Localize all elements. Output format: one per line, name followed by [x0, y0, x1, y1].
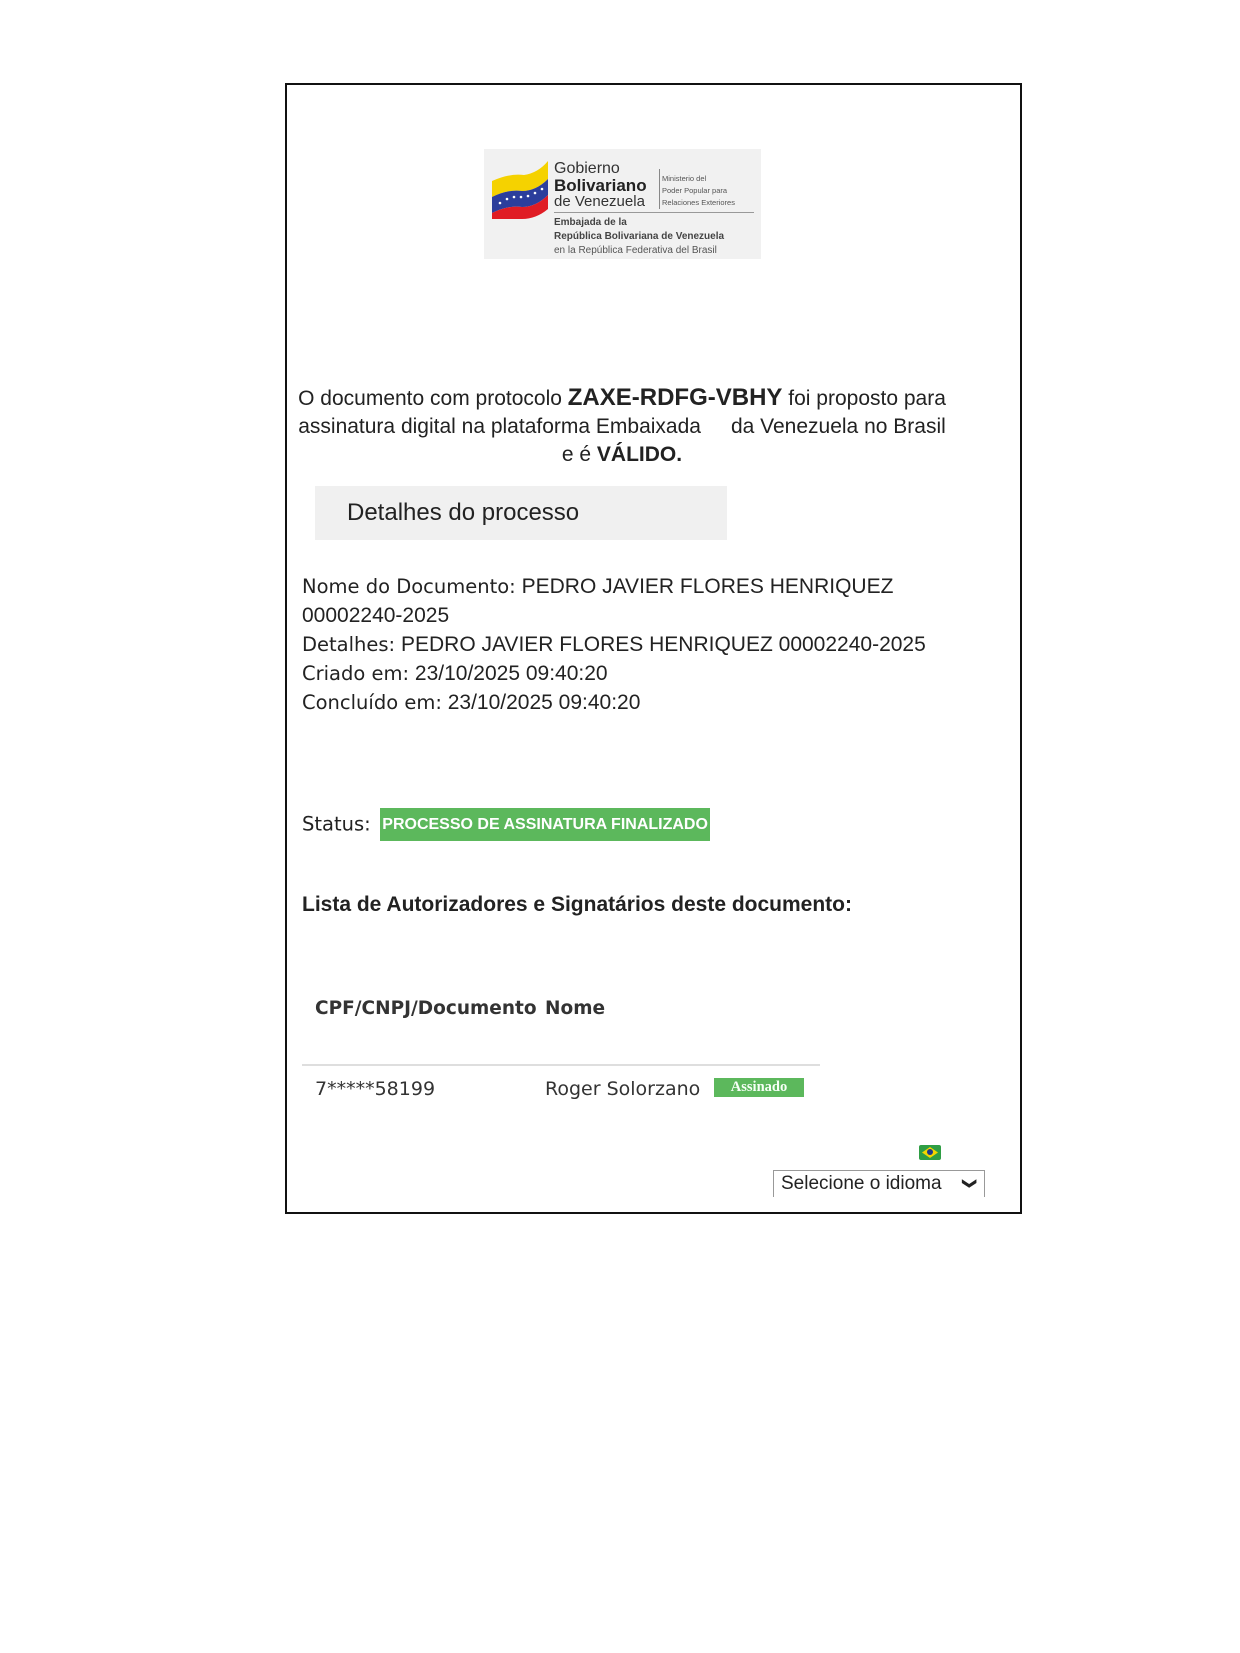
signer-document: 7*****58199	[315, 1078, 435, 1100]
logo-line-3: de Venezuela	[554, 194, 645, 209]
status-badge: PROCESSO DE ASSINATURA FINALIZADO	[380, 808, 710, 841]
section-header: Detalhes do processo	[315, 486, 727, 540]
document-name-row: Nome do Documento: PEDRO JAVIER FLORES H…	[302, 572, 942, 630]
logo-divider	[659, 169, 660, 209]
created-row: Criado em: 23/10/2025 09:40:20	[302, 659, 942, 688]
table-divider	[302, 1064, 820, 1066]
details-row: Detalhes: PEDRO JAVIER FLORES HENRIQUEZ …	[302, 630, 942, 659]
language-select[interactable]: Selecione o idioma ❯	[773, 1170, 985, 1197]
logo-embassy-2: República Bolivariana de Venezuela	[554, 231, 724, 242]
venezuela-flag-icon	[490, 159, 550, 219]
brazil-flag-icon[interactable]	[919, 1145, 941, 1160]
logo-embassy-3: en la República Federativa del Brasil	[554, 245, 717, 256]
column-header-document: CPF/CNPJ/Documento	[315, 998, 537, 1019]
validity-status: VÁLIDO.	[597, 443, 682, 466]
embassy-logo: Gobierno Bolivariano de Venezuela Minist…	[484, 149, 761, 259]
status-label: Status:	[302, 813, 371, 836]
logo-divider	[554, 212, 754, 213]
logo-embassy-1: Embajada de la	[554, 217, 627, 228]
validation-message: O documento com protocolo ZAXE-RDFG-VBHY…	[297, 384, 947, 469]
logo-ministry: Ministerio del Poder Popular para Relaci…	[662, 173, 735, 209]
validation-document-frame: Gobierno Bolivariano de Venezuela Minist…	[285, 83, 1022, 1214]
completed-row: Concluído em: 23/10/2025 09:40:20	[302, 688, 942, 717]
logo-line-1: Gobierno	[554, 161, 620, 177]
section-title: Detalhes do processo	[347, 499, 579, 527]
status-row: Status: PROCESSO DE ASSINATURA FINALIZAD…	[302, 808, 710, 841]
logo-line-2: Bolivariano	[554, 177, 647, 194]
signers-title: Lista de Autorizadores e Signatários des…	[302, 893, 852, 917]
signer-name: Roger Solorzano	[545, 1078, 700, 1100]
protocol-code: ZAXE-RDFG-VBHY	[568, 384, 783, 411]
process-details: Nome do Documento: PEDRO JAVIER FLORES H…	[302, 572, 942, 717]
column-header-name: Nome	[545, 998, 605, 1019]
chevron-down-icon: ❯	[962, 1178, 979, 1190]
signed-status-badge: Assinado	[714, 1078, 804, 1097]
